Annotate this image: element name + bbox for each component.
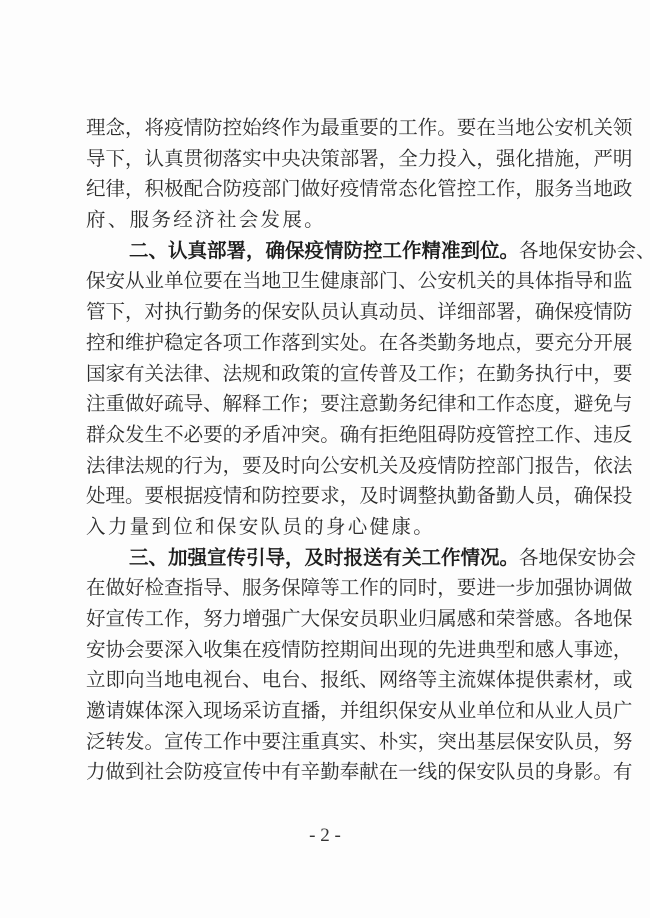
text-line: 安协会要深入收集在疫情防控期间出现的先进典型和感人事迹， <box>86 635 566 666</box>
section-text: 各地保安协会 <box>519 543 636 574</box>
text-line: 邀请媒体深入现场采访直播，并组织保安从业单位和从业人员广 <box>86 696 566 727</box>
text-line: 群众发生不必要的矛盾冲突。确有拒绝阻碍防疫管控工作、违反 <box>86 420 566 451</box>
text-line: 注重做好疏导、解释工作；要注意勤务纪律和工作态度，避免与 <box>86 389 566 420</box>
section-heading-line: 二、认真部署，确保疫情防控工作精准到位。各地保安协会、 <box>86 236 566 267</box>
text-line: 保安从业单位要在当地卫生健康部门、公安机关的具体指导和监 <box>86 266 566 297</box>
text-line: 法律法规的行为，要及时向公安机关及疫情防控部门报告，依法 <box>86 451 566 482</box>
text-line: 纪律，积极配合防疫部门做好疫情常态化管控工作，服务当地政 <box>86 174 566 205</box>
text-line: 好宣传工作，努力增强广大保安员职业归属感和荣誉感。各地保 <box>86 604 566 635</box>
text-line: 府、服务经济社会发展。 <box>86 205 566 236</box>
text-line: 理念，将疫情防控始终作为最重要的工作。要在当地公安机关领 <box>86 113 566 144</box>
text-line: 在做好检查指导、服务保障等工作的同时，要进一步加强协调做 <box>86 573 566 604</box>
text-line: 导下，认真贯彻落实中央决策部署，全力投入，强化措施，严明 <box>86 144 566 175</box>
document-page: 理念，将疫情防控始终作为最重要的工作。要在当地公安机关领 导下，认真贯彻落实中央… <box>0 0 650 918</box>
text-line: 入力量到位和保安队员的身心健康。 <box>86 512 566 543</box>
page-number: - 2 - <box>0 825 650 847</box>
section-heading-line: 三、加强宣传引导，及时报送有关工作情况。各地保安协会 <box>86 543 566 574</box>
section-heading: 三、加强宣传引导，及时报送有关工作情况。 <box>129 543 519 574</box>
text-line: 管下，对执行勤务的保安队员认真动员、详细部署，确保疫情防 <box>86 297 566 328</box>
text-line: 泛转发。宣传工作中要注重真实、朴实，突出基层保安队员，努 <box>86 727 566 758</box>
section-heading: 二、认真部署，确保疫情防控工作精准到位。 <box>129 236 519 267</box>
text-line: 国家有关法律、法规和政策的宣传普及工作；在勤务执行中，要 <box>86 359 566 390</box>
text-line: 处理。要根据疫情和防控要求，及时调整执勤备勤人员，确保投 <box>86 481 566 512</box>
section-text: 各地保安协会、 <box>519 236 650 267</box>
text-line: 立即向当地电视台、电台、报纸、网络等主流媒体提供素材，或 <box>86 665 566 696</box>
document-body: 理念，将疫情防控始终作为最重要的工作。要在当地公安机关领 导下，认真贯彻落实中央… <box>86 113 566 788</box>
text-line: 控和维护稳定各项工作落到实处。在各类勤务地点，要充分开展 <box>86 328 566 359</box>
text-line: 力做到社会防疫宣传中有辛勤奉献在一线的保安队员的身影。有 <box>86 757 566 788</box>
